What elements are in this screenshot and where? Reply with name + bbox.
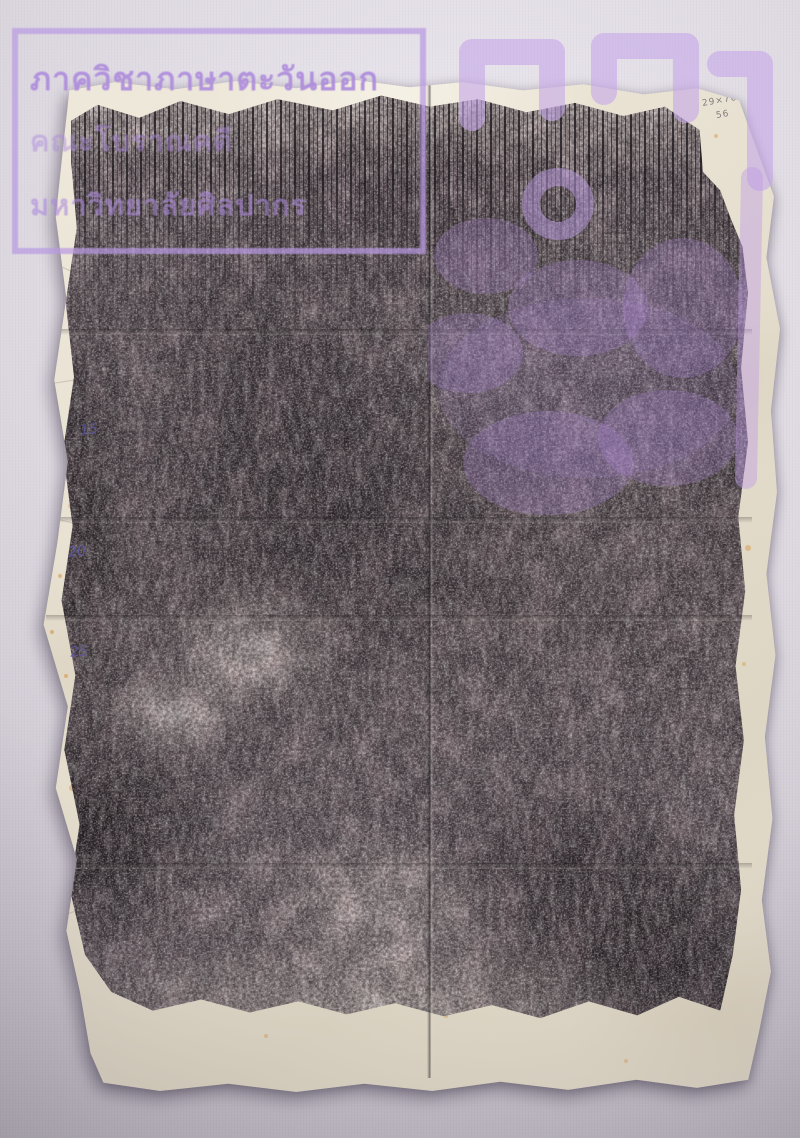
stamp-university-text: มหาวิทยาลัยศิลปากร [30,182,408,228]
stamp-glyph-descender [746,178,752,478]
margin-line-number-15: 15 [79,421,98,439]
margin-line-number-25: 25 [69,643,88,661]
stamp-glyph-1 [472,52,552,118]
photograph-of-inscription-rubbing: 15 20 25 29×76 56 ภาควิชาภาษาตะวันออก คณ… [0,0,800,1138]
stamp-glyph-3 [720,64,760,178]
stamp-department-text: ภาควิชาภาษาตะวันออก [30,54,408,105]
stamp-ink-bleed-blobs [428,218,743,515]
margin-line-number-20: 20 [67,543,86,561]
stamp-glyph-ring [531,177,585,231]
purple-stamp-glyphs [428,8,800,528]
library-stamp-border: ภาควิชาภาษาตะวันออก คณะโบราณคดี มหาวิทยา… [12,28,426,254]
stamp-faculty-text: คณะโบราณคดี [30,118,408,164]
horizontal-fold-crease [46,615,752,621]
stamp-glyph-2 [604,46,686,110]
horizontal-fold-crease [46,863,752,869]
